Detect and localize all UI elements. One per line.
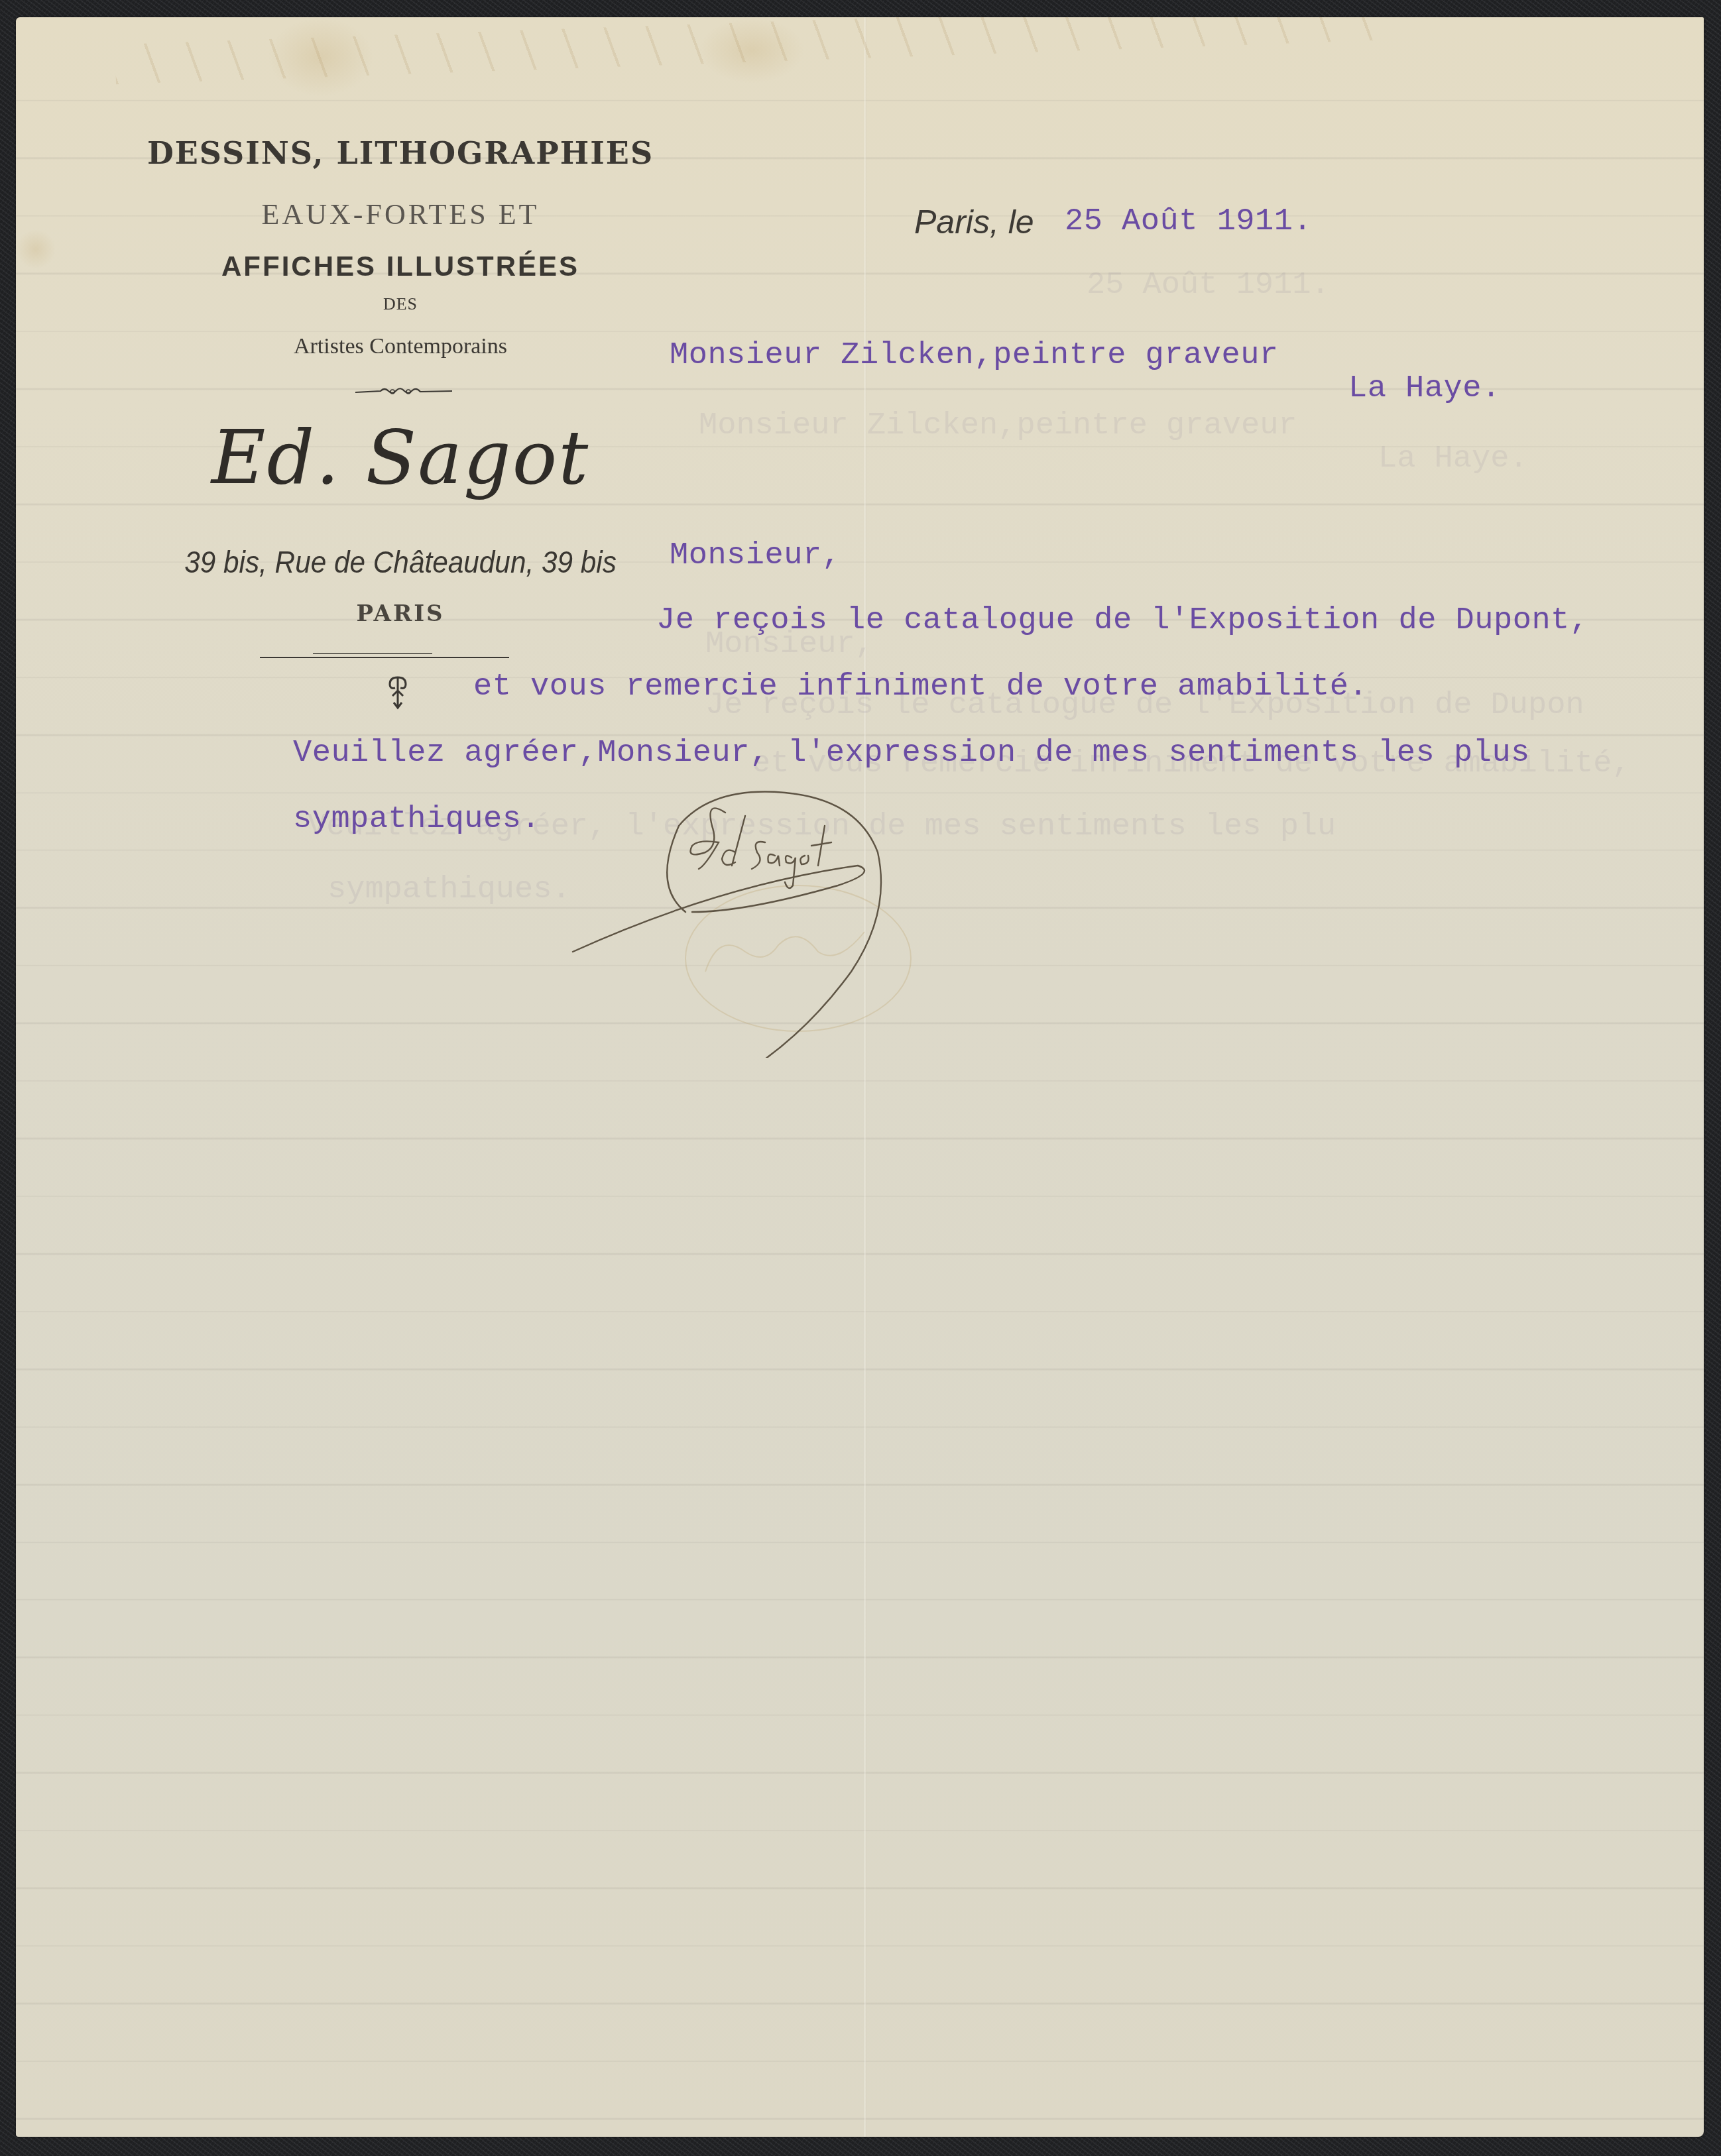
handwritten-signature	[546, 779, 918, 1058]
recipient-name-line: Monsieur Zilcken,peintre graveur	[670, 338, 1279, 373]
ghost-recipient: Monsieur Zilcken,peintre graveur	[699, 408, 1297, 443]
letter-sheet: 25 Août 1911. Monsieur Zilcken,peintre g…	[16, 17, 1704, 2137]
ghost-city: La Haye.	[1378, 441, 1528, 477]
closing-line-1: Veuillez agréer,Monsieur, l'expression d…	[293, 736, 1530, 771]
printed-dateline-prefix: Paris, le	[914, 203, 1034, 241]
letterhead-divider	[260, 652, 509, 659]
flourish-ornament-icon	[354, 383, 453, 399]
body-line-2: et vous remercie infiniment de votre ama…	[473, 669, 1368, 705]
letterhead-company-name: Ed. Sagot	[16, 415, 785, 501]
body-line-1: Je reçois le catalogue de l'Exposition d…	[656, 603, 1589, 638]
closing-line-2: sympathiques.	[293, 802, 540, 837]
typed-date: 25 Août 1911.	[1065, 204, 1312, 239]
ghost-date: 25 Août 1911.	[1087, 268, 1330, 303]
ghost-line4: sympathiques.	[327, 872, 571, 907]
paper-fold	[864, 17, 866, 2137]
letterhead-line-eaux-fortes: EAUX-FORTES ET	[16, 198, 785, 231]
letterhead-address: 39 bis, Rue de Châteaudun, 39 bis	[46, 544, 754, 580]
salutation: Monsieur,	[670, 538, 841, 573]
letterhead-line-des: DES	[16, 294, 785, 314]
recipient-city-line: La Haye.	[1348, 371, 1501, 406]
letterhead-title: DESSINS, LITHOGRAPHIES	[16, 135, 785, 171]
fleuron-ornament-icon	[385, 673, 411, 710]
letterhead-line-affiches: AFFICHES ILLUSTRÉES	[16, 251, 785, 282]
